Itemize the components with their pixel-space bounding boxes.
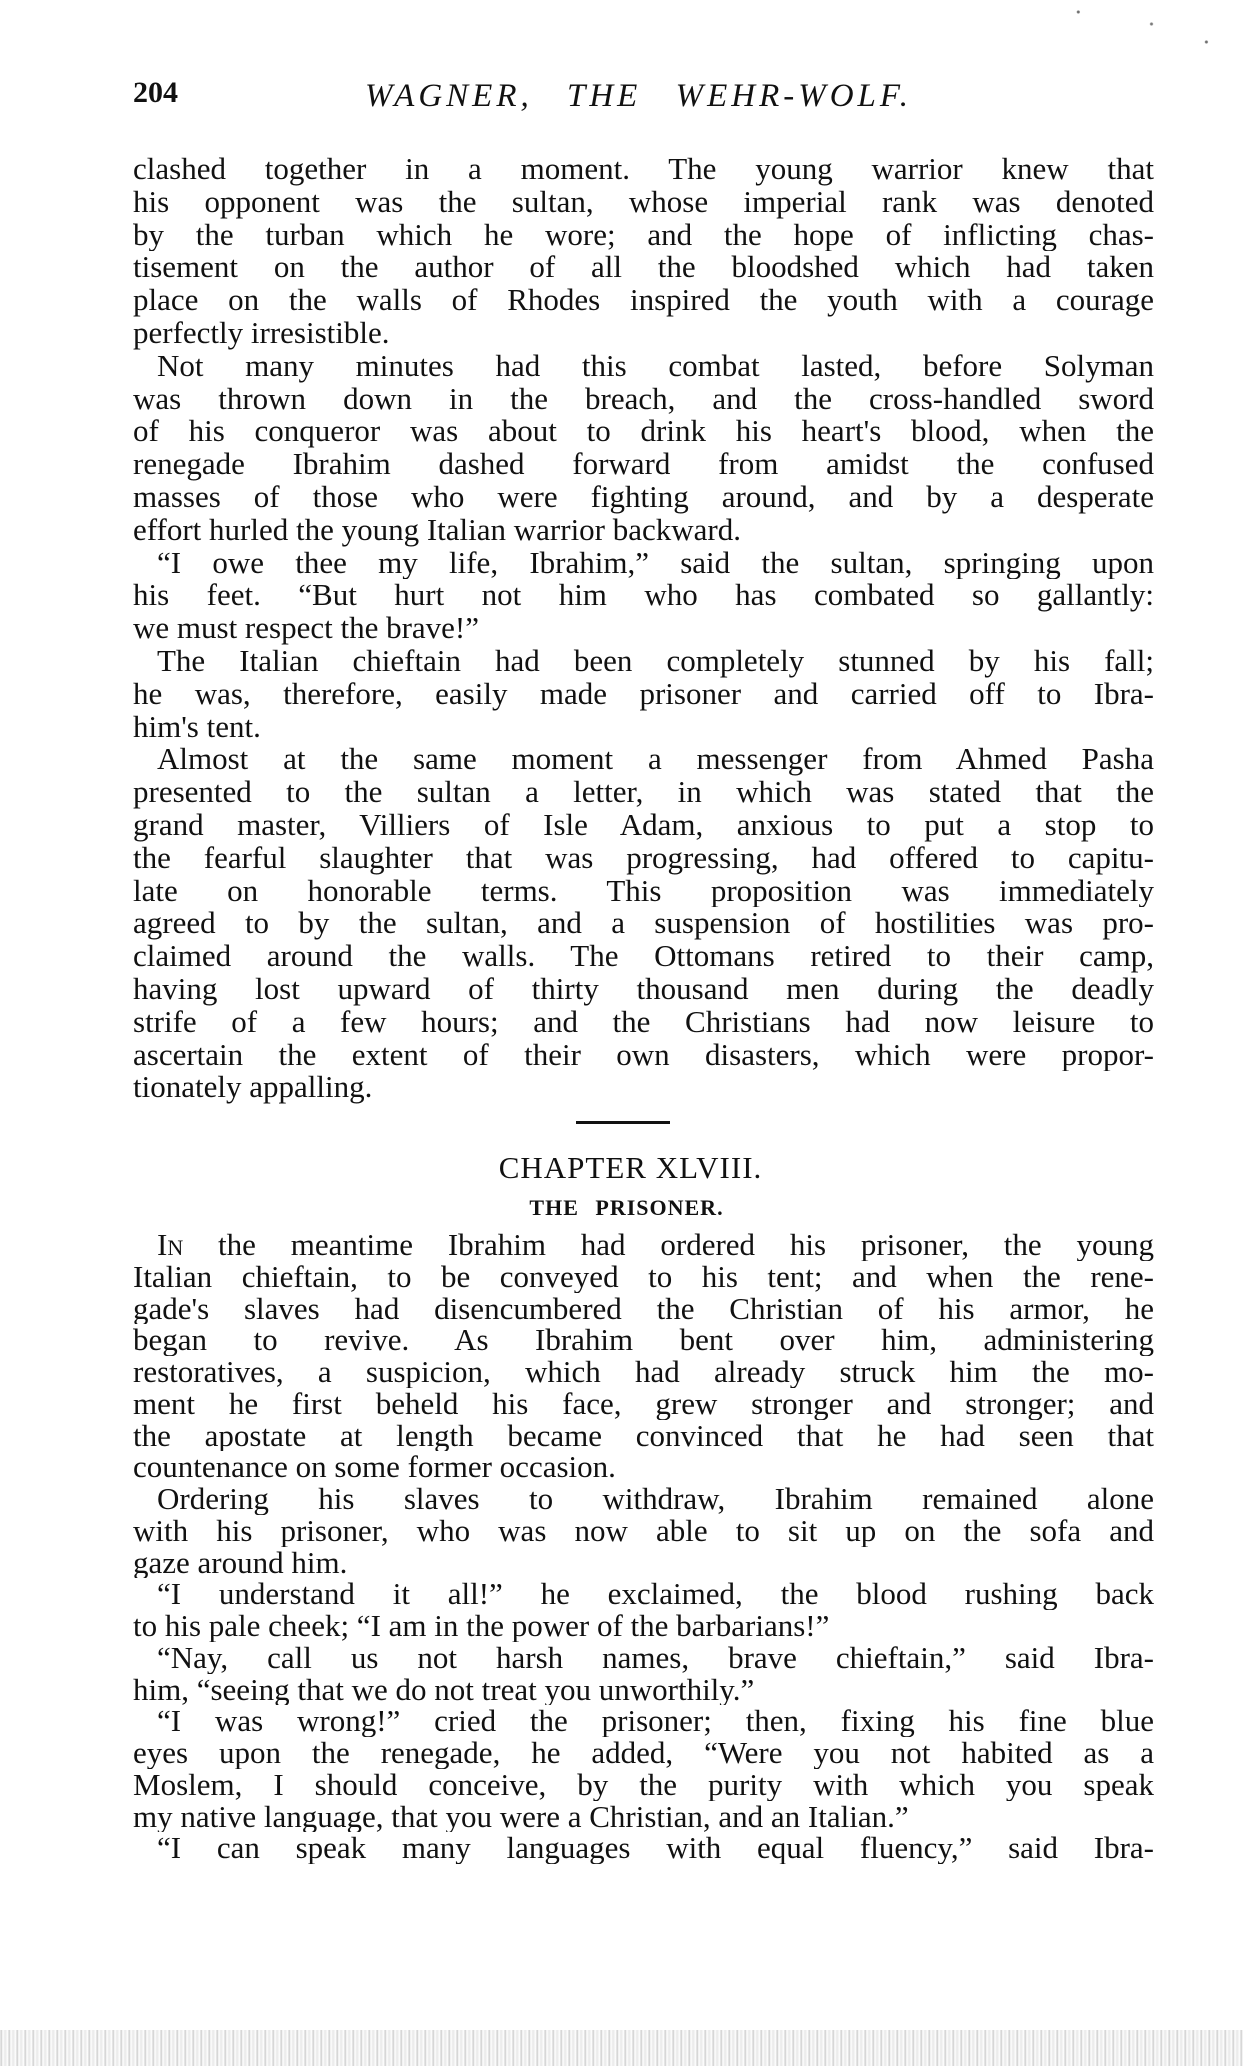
scan-noise-bottom — [0, 2030, 1243, 2066]
small-caps-opening: In — [157, 1229, 183, 1261]
text-line: with his prisoner, who was now able to s… — [133, 1515, 1154, 1547]
text-line: of his conqueror was about to drink his … — [133, 415, 1154, 448]
text-line: the fearful slaughter that was progressi… — [133, 842, 1154, 875]
text-line: him, “seeing that we do not treat you un… — [133, 1674, 1154, 1706]
text-line: Ordering his slaves to withdraw, Ibrahim… — [133, 1483, 1154, 1515]
text-line: the apostate at length became convinced … — [133, 1420, 1154, 1452]
text-line: Almost at the same moment a messenger fr… — [133, 743, 1154, 776]
text-line: Not many minutes had this combat lasted,… — [133, 350, 1154, 383]
text-line: gade's slaves had disencumbered the Chri… — [133, 1293, 1154, 1325]
text-line: by the turban which he wore; and the hop… — [133, 219, 1154, 252]
running-title: WAGNER, THE WEHR-WOLF. — [365, 78, 950, 115]
text-line: presented to the sultan a letter, in whi… — [133, 776, 1154, 809]
text-line: tionately appalling. — [133, 1071, 1154, 1104]
text-line: having lost upward of thirty thousand me… — [133, 973, 1154, 1006]
text-line: “I was wrong!” cried the prisoner; then,… — [133, 1705, 1154, 1737]
text-line: renegade Ibrahim dashed forward from ami… — [133, 448, 1154, 481]
text-line: was thrown down in the breach, and the c… — [133, 383, 1154, 416]
text-line: countenance on some former occasion. — [133, 1451, 1154, 1483]
text-line: restoratives, a suspicion, which had alr… — [133, 1356, 1154, 1388]
text-line: clashed together in a moment. The young … — [133, 153, 1154, 186]
text-line: gaze around him. — [133, 1547, 1154, 1579]
text-line: his opponent was the sultan, whose imper… — [133, 186, 1154, 219]
body-text-continued: clashed together in a moment. The young … — [133, 153, 1154, 1104]
text-line: “I can speak many languages with equal f… — [133, 1832, 1154, 1864]
text-line: my native language, that you were a Chri… — [133, 1801, 1154, 1833]
text-line: The Italian chieftain had been completel… — [133, 645, 1154, 678]
text-line: strife of a few hours; and the Christian… — [133, 1006, 1154, 1039]
text-line: “I owe thee my life, Ibrahim,” said the … — [133, 547, 1154, 580]
text-line: tisement on the author of all the bloods… — [133, 251, 1154, 284]
text-line: masses of those who were fighting around… — [133, 481, 1154, 514]
text-line: him's tent. — [133, 711, 1154, 744]
page-number: 204 — [133, 76, 178, 110]
text-line: “I understand it all!” he exclaimed, the… — [133, 1578, 1154, 1610]
text-line: he was, therefore, easily made prisoner … — [133, 678, 1154, 711]
text-line: Italian chieftain, to be conveyed to his… — [133, 1261, 1154, 1293]
text-line: to his pale cheek; “I am in the power of… — [133, 1610, 1154, 1642]
text-line: we must respect the brave!” — [133, 612, 1154, 645]
text-line: eyes upon the renegade, he added, “Were … — [133, 1737, 1154, 1769]
text-line: ascertain the extent of their own disast… — [133, 1039, 1154, 1072]
text-line: Moslem, I should conceive, by the purity… — [133, 1769, 1154, 1801]
text-line: agreed to by the sultan, and a suspensio… — [133, 907, 1154, 940]
text-line: “Nay, call us not harsh names, brave chi… — [133, 1642, 1154, 1674]
text-line: place on the walls of Rhodes inspired th… — [133, 284, 1154, 317]
text-line: late on honorable terms. This propositio… — [133, 875, 1154, 908]
chapter-subtitle: THE PRISONER. — [0, 1195, 1243, 1221]
text-line: effort hurled the young Italian warrior … — [133, 514, 1154, 547]
chapter-title: CHAPTER XLVIII. — [0, 1150, 1243, 1186]
text-line: In the meantime Ibrahim had ordered his … — [133, 1229, 1154, 1261]
book-page: 204 WAGNER, THE WEHR-WOLF. clashed toget… — [0, 0, 1243, 2066]
body-text-chapter: In the meantime Ibrahim had ordered his … — [133, 1229, 1154, 1864]
text-line: grand master, Villiers of Isle Adam, anx… — [133, 809, 1154, 842]
text-line: perfectly irresistible. — [133, 317, 1154, 350]
text-line: his feet. “But hurt not him who has comb… — [133, 579, 1154, 612]
section-rule — [576, 1121, 670, 1124]
scan-specks — [1060, 0, 1243, 60]
text-line: claimed around the walls. The Ottomans r… — [133, 940, 1154, 973]
text-line: ment he first beheld his face, grew stro… — [133, 1388, 1154, 1420]
text-line: began to revive. As Ibrahim bent over hi… — [133, 1324, 1154, 1356]
